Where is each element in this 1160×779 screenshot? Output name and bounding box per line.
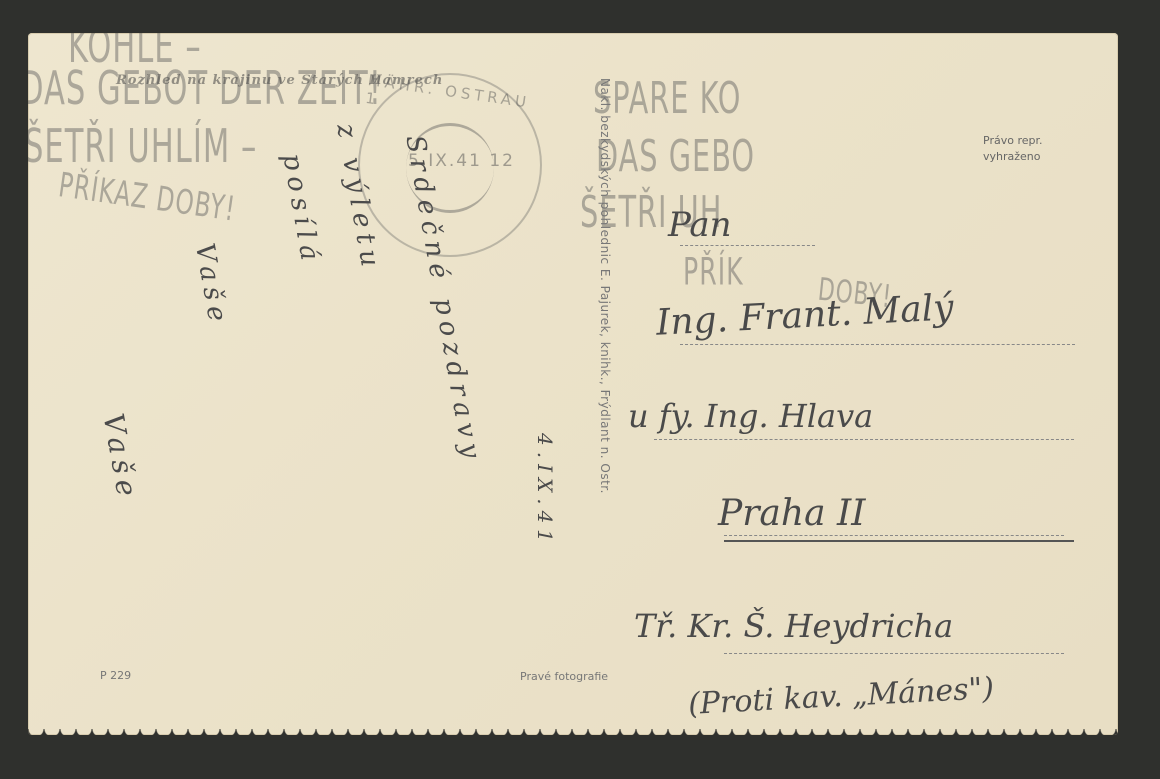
- handwritten-date: 4.IX.41: [533, 433, 557, 548]
- message-column: posílá: [276, 151, 325, 268]
- cancel-slogan-line: DAS GEBOT DER ZEIT!: [28, 62, 382, 116]
- address-line: [680, 344, 1075, 345]
- address-street: Tř. Kr. Š. Heydricha: [634, 607, 953, 645]
- postmark-ring-text: MÄHR. OSTRAU 1: [364, 71, 541, 131]
- address-line: [654, 439, 1074, 440]
- cancel-slogan-line: DAS GEBO: [596, 130, 755, 181]
- address-line: [724, 653, 1064, 654]
- rights-notice: Právo repr. vyhraženo: [983, 133, 1042, 165]
- photo-note: Pravé fotografie: [520, 670, 608, 683]
- cancel-slogan-line: PŘÍKAZ DOBY!: [56, 166, 238, 229]
- postcard-back: KOHLE – DAS GEBOT DER ZEIT! ŠETŘI UHLÍM …: [28, 33, 1118, 735]
- postmark-stamp: MÄHR. OSTRAU 1 5.IX.41 12: [358, 73, 542, 257]
- cancel-slogan-line: SPARE KO: [593, 72, 741, 123]
- address-company: u fy. Ing. Hlava: [628, 397, 873, 435]
- address-line: [680, 245, 815, 246]
- publisher-imprint: Nakl. bezkydských pohlednic E. Pajurek, …: [598, 78, 612, 494]
- message-column: Vaše: [189, 241, 233, 330]
- address-city: Praha II: [718, 493, 865, 534]
- address-line: [724, 535, 1064, 536]
- address-name: Ing. Frant. Malý: [655, 287, 954, 344]
- address-underline: [724, 540, 1074, 542]
- address-salutation: Pan: [668, 205, 732, 245]
- signature: Vaše: [96, 411, 144, 505]
- address-note: (Proti kav. „Mánes"): [687, 671, 995, 722]
- series-code: P 229: [100, 669, 131, 682]
- cancel-slogan-line: PŘÍK: [683, 249, 744, 294]
